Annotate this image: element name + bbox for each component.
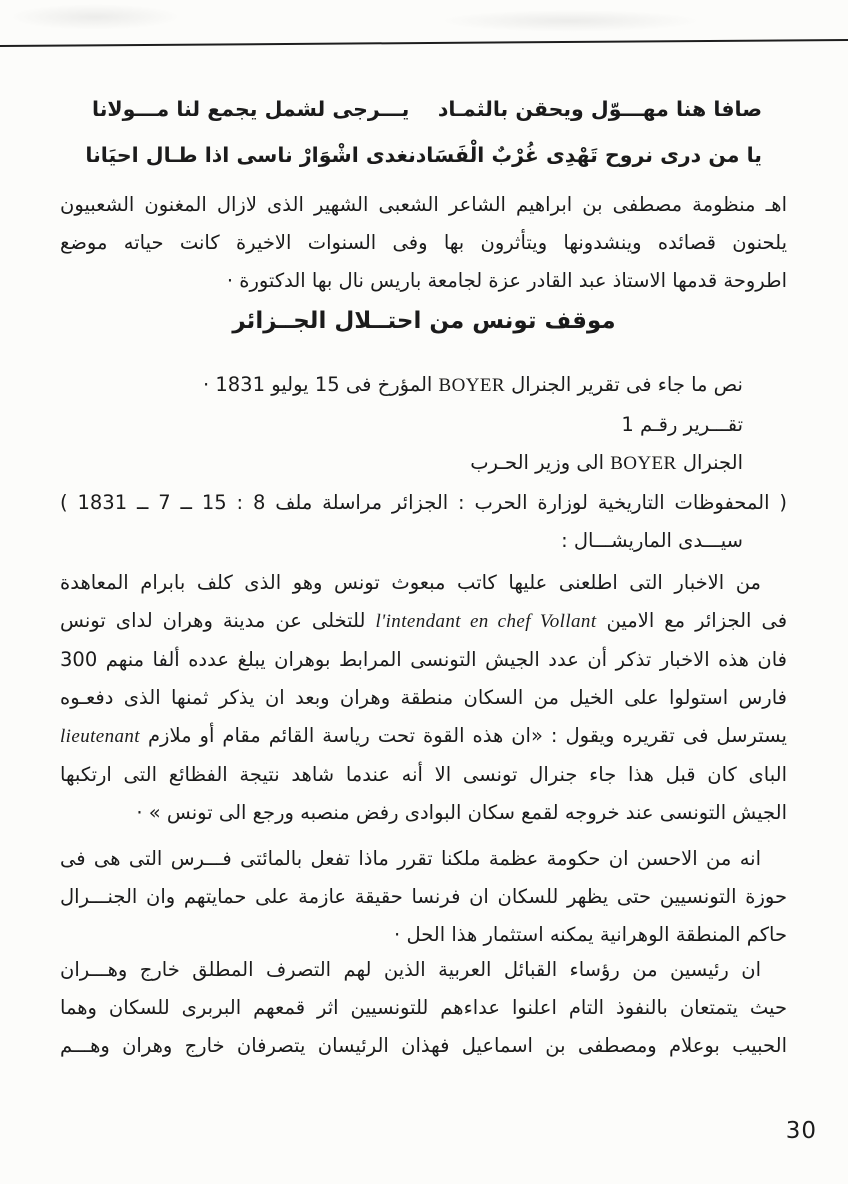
intro-paragraph: اهـ منظومة مصطفى بن ابراهيم الشاعر الشعب… bbox=[60, 186, 787, 300]
scan-smudge bbox=[10, 4, 180, 30]
paragraph-line: يسترسل فى تقريره ويقول : «ان هذه القوة ت… bbox=[60, 717, 787, 756]
report-number-line: تقـــرير رقـم 1 bbox=[60, 406, 787, 445]
poem-verse-1-left-hemistich: يـــرجى لشمل يجمع لنا مـــولانا bbox=[92, 97, 409, 121]
intro-line-3: اطروحة قدمها الاستاذ عبد القادر عزة لجام… bbox=[60, 262, 787, 300]
intro-line-2: يلحنون قصائده وينشدونها ويتأثرون بها وفى… bbox=[60, 224, 787, 262]
poem-verse-1: صافا هنا مهـــوّل ويحقن بالثمـاد يـــرجى… bbox=[92, 86, 762, 132]
line-text-pre: فى الجزائر مع الامين bbox=[607, 609, 787, 632]
paragraph-line: حوزة التونسيين حتى يظهر للسكان ان فرنسا … bbox=[60, 878, 787, 916]
report-addressee-pre: الجنرال bbox=[683, 451, 743, 474]
paragraph-line: حيث يتمتعان بالنفوذ التام اعلنوا عداءهم … bbox=[60, 989, 787, 1027]
line-text-post: للتخلى عن مدينة وهران لداى تونس bbox=[60, 609, 365, 632]
report-addressee-line: الجنرال BOYER الى وزير الحـرب bbox=[60, 444, 787, 484]
poem-verse-1-right-hemistich: صافا هنا مهـــوّل ويحقن بالثمـاد bbox=[438, 97, 762, 121]
general-name-latin: BOYER bbox=[610, 453, 676, 474]
french-phrase-latin: l'intendant en chef Vollant bbox=[375, 611, 596, 632]
scan-smudge bbox=[440, 10, 700, 32]
intro-line-1: اهـ منظومة مصطفى بن ابراهيم الشاعر الشعب… bbox=[60, 186, 787, 224]
paragraph-line: الباى كان قبل هذا جاء جنرال تونسى الا أن… bbox=[60, 756, 787, 794]
report-addressee-post: الى وزير الحـرب bbox=[470, 451, 604, 474]
paragraph-line: الحبيب بوعلام ومصطفى بن اسماعيل فهذان ال… bbox=[60, 1027, 787, 1065]
paragraph-line: من الاخبار التى اطلعنى عليها كاتب مبعوث … bbox=[60, 564, 787, 602]
report-source-line: نص ما جاء فى تقرير الجنرال BOYER المؤرخ … bbox=[60, 366, 787, 406]
paragraph-line: حاكم المنطقة الوهرانية يمكنه استثمار هذا… bbox=[60, 916, 787, 954]
salutation-line: سيـــدى الماريشـــال : bbox=[60, 522, 787, 561]
paragraph-line: ان رئيسين من رؤساء القبائل العربية الذين… bbox=[60, 951, 787, 989]
paragraph-line: فارس استولوا على الخيل من السكان منطقة و… bbox=[60, 679, 787, 717]
paragraph-line: فى الجزائر مع الامين l'intendant en chef… bbox=[60, 602, 787, 641]
paragraph-line: الجيش التونسى عند خروجه لقمع سكان البواد… bbox=[60, 794, 787, 832]
poem-block: صافا هنا مهـــوّل ويحقن بالثمـاد يـــرجى… bbox=[92, 86, 762, 178]
page-top-rule bbox=[0, 39, 848, 47]
general-name-latin: BOYER bbox=[439, 375, 505, 396]
archive-reference-line: ( المحفوظات التاريخية لوزارة الحرب : الج… bbox=[60, 484, 787, 523]
poem-verse-2-left-hemistich: نغدى اشْوَارْ ناسى اذا طـال احيَانا bbox=[85, 143, 415, 167]
page-number: 30 bbox=[786, 1118, 817, 1144]
report-body-paragraph-3: ان رئيسين من رؤساء القبائل العربية الذين… bbox=[60, 951, 787, 1065]
document-page: صافا هنا مهـــوّل ويحقن بالثمـاد يـــرجى… bbox=[0, 0, 848, 1184]
report-source-text-post: المؤرخ فى 15 يوليو 1831 · bbox=[203, 373, 432, 396]
section-heading: موقف تونس من احتــلال الجــزائر bbox=[0, 303, 848, 339]
report-header-block: نص ما جاء فى تقرير الجنرال BOYER المؤرخ … bbox=[60, 366, 787, 561]
poem-verse-2-right-hemistich: يا من درى نروح تَهْدِى غُرْبٌ الْفَسَاد bbox=[416, 143, 762, 167]
line-text-pre: يسترسل فى تقريره ويقول : «ان هذه القوة ت… bbox=[148, 724, 787, 747]
paragraph-line: انه من الاحسن ان حكومة عظمة ملكنا تقرر م… bbox=[60, 840, 787, 878]
report-source-text-pre: نص ما جاء فى تقرير الجنرال bbox=[511, 373, 743, 396]
french-word-latin: lieutenant bbox=[60, 726, 140, 747]
poem-verse-2: يا من درى نروح تَهْدِى غُرْبٌ الْفَسَاد … bbox=[92, 132, 762, 178]
paragraph-line: فان هذه الاخبار تذكر أن عدد الجيش التونس… bbox=[60, 641, 787, 679]
report-body-paragraph-2: انه من الاحسن ان حكومة عظمة ملكنا تقرر م… bbox=[60, 840, 787, 954]
report-body-paragraph-1: من الاخبار التى اطلعنى عليها كاتب مبعوث … bbox=[60, 564, 787, 832]
